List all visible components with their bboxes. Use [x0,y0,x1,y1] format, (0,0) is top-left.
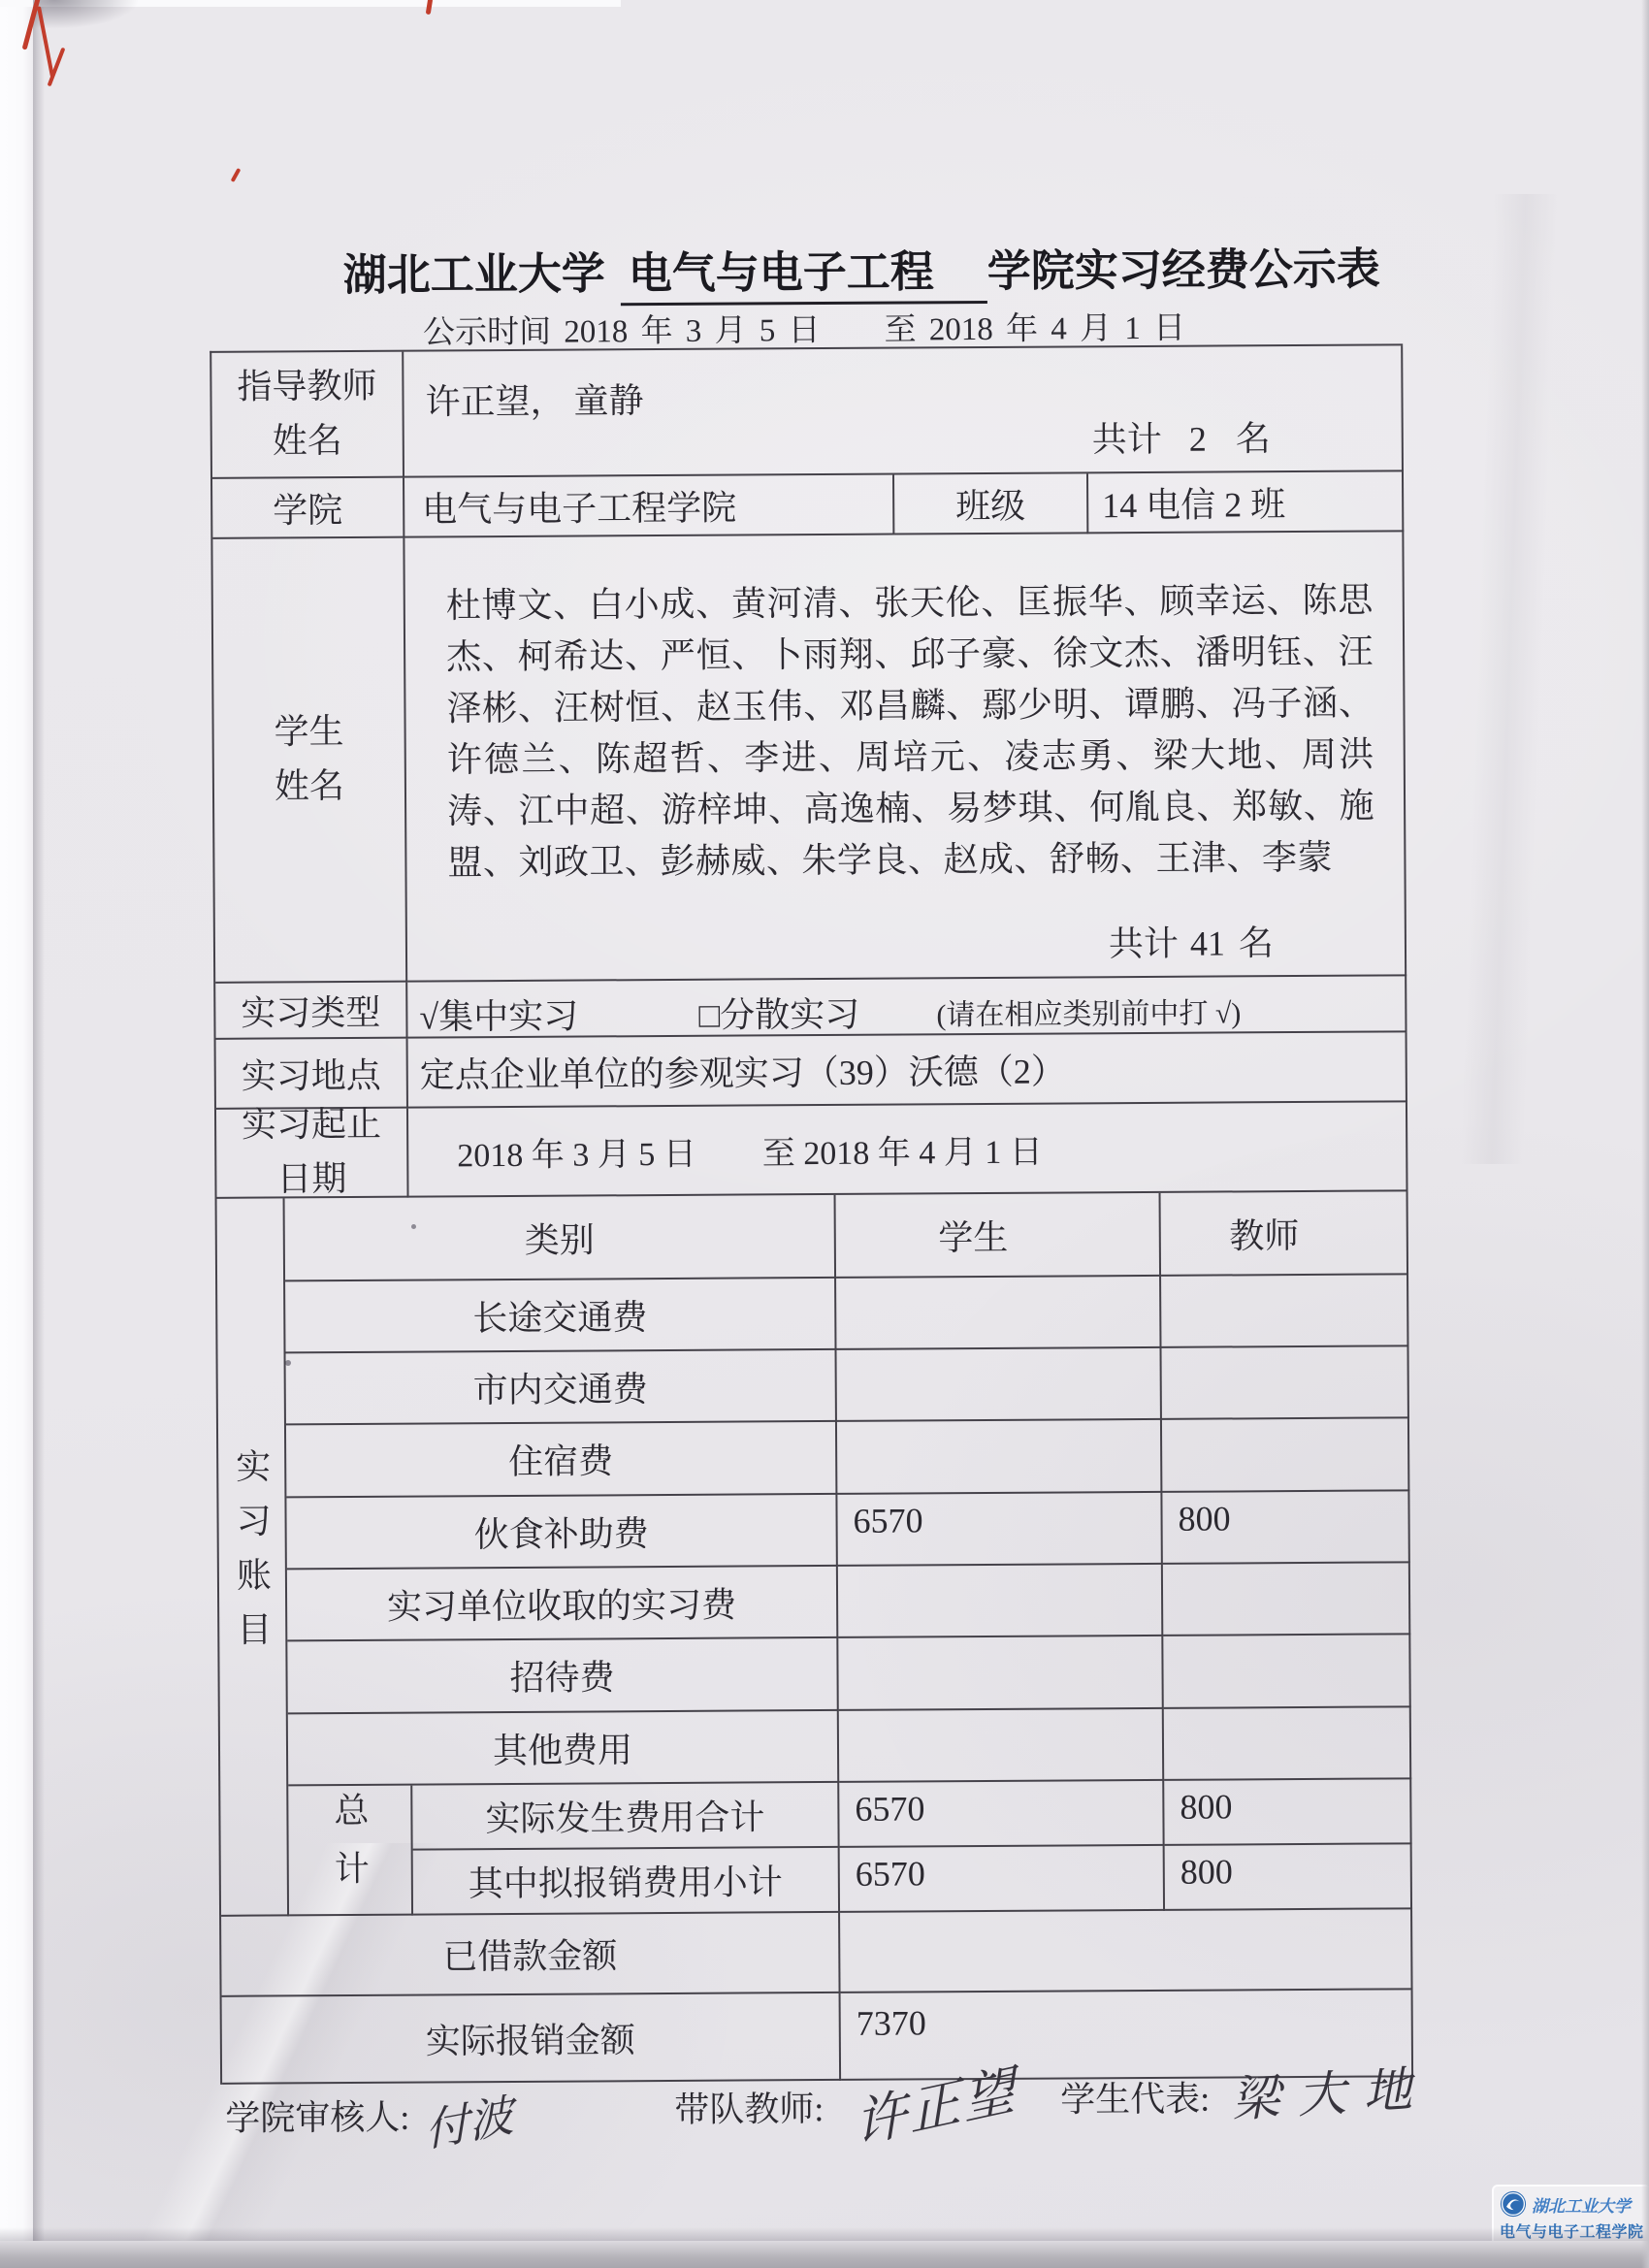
practice-type-label-cell: 实习类型 [215,983,407,1040]
fee-category: 招待费 [287,1638,838,1714]
scan-edge-bottom [0,2241,1649,2268]
college-value: 电气与电子工程学院 [422,480,736,532]
total-row-category: 实际发生费用合计 [412,1783,839,1851]
fee-student-value [838,1636,1163,1711]
fee-student-value [838,1565,1163,1638]
fee-teacher-value [1161,1275,1408,1348]
count-unit: 名 [1236,419,1271,458]
count-value: 41 [1190,923,1225,962]
accounts-header-teacher: 教师 [1161,1191,1409,1277]
student-rep-label: 学生代表: [1060,2072,1210,2122]
checkbox-centralized-checked: √集中实习 [419,989,578,1040]
fee-teacher-value: 800 [1162,1491,1409,1565]
borrowed-value-cell [840,1909,1412,1993]
class-label-cell: 班级 [894,473,1088,535]
fee-student-value: 6570 [837,1493,1162,1567]
students-count-note: 共计41名 [1109,916,1274,966]
count-prefix: 共计 [1109,924,1179,963]
lead-teacher-label: 带队教师: [674,2082,824,2132]
scan-edge-right [1641,0,1649,2268]
watermark-university-name: 湖北工业大学 [1532,2192,1631,2217]
advisor-value-cell: 许正望， 童静 共计2名 [404,345,1404,477]
total-teacher-value: 800 [1164,1779,1411,1846]
students-names: 杜博文、白小成、黄河清、张天伦、匡振华、顾幸运、陈思杰、柯希达、严恒、卜雨翔、邱… [446,575,1375,890]
total-row-category: 其中拟报销费用小计 [413,1848,840,1916]
practice-dates-value: 2018 年 3 月 5 日 至 2018 年 4 月 1 日 [457,1124,1043,1176]
practice-type-value-cell: √集中实习 □分散实习 (请在相应类别前中打 √) [407,976,1406,1038]
form-content: 湖北工业大学电气与电子工程学院实习经费公示表 公示时间 2018 年 3 月 5… [0,0,1649,2268]
count-value: 2 [1189,420,1207,459]
title-college-underlined: 电气与电子工程 [621,246,987,306]
accounts-section-label: 实习账目 [227,1447,277,1665]
practice-dates-label-cell: 实习起止日期 [216,1109,409,1199]
college-label: 学院 [273,483,342,533]
checkbox-dispersed-unchecked: □分散实习 [698,988,859,1038]
watermark-row: 湖北工业大学 [1500,2190,1643,2218]
fee-teacher-value [1163,1563,1410,1636]
total-label: 总计 [325,1792,375,1908]
class-label: 班级 [955,478,1025,528]
fee-category: 市内交通费 [286,1350,837,1425]
practice-type-label: 实习类型 [241,985,380,1035]
title-university: 湖北工业大学 [343,248,605,300]
class-value-cell: 14 电信 2 班 [1088,471,1404,534]
fee-category: 伙食补助费 [286,1495,837,1570]
practice-place-value-cell: 定点企业单位的参观实习（39）沃德（2） [408,1032,1407,1108]
fee-student-value [837,1420,1162,1495]
form-table: 指导教师姓名 许正望， 童静 共计2名 学院 电气与电子工程学院 班级 14 电… [210,343,1413,2084]
fee-category: 住宿费 [286,1422,837,1498]
accounts-section-label-cell: 实习账目 [217,1198,290,1916]
fee-category: 长途交通费 [285,1279,836,1353]
fee-teacher-value [1163,1635,1410,1709]
fee-teacher-value [1164,1707,1411,1781]
practice-dates-value-cell: 2018 年 3 月 5 日 至 2018 年 4 月 1 日 [408,1102,1408,1197]
fee-teacher-value [1161,1346,1408,1420]
advisor-label: 指导教师姓名 [233,360,381,470]
borrowed-label-cell: 已借款金额 [221,1913,840,1997]
total-student-value: 6570 [839,1781,1164,1848]
page-title: 湖北工业大学电气与电子工程学院实习经费公示表 [343,233,1380,303]
college-label-cell: 学院 [212,478,404,539]
fee-student-value [837,1348,1162,1422]
accounts-header-category: 类别 [285,1195,837,1281]
practice-place-value: 定点企业单位的参观实习（39）沃德（2） [420,1044,1066,1097]
reimbursed-label-cell: 实际报销金额 [222,1993,842,2085]
advisor-label-cell: 指导教师姓名 [211,352,404,479]
students-value-cell: 杜博文、白小成、黄河清、张天伦、匡振华、顾幸运、陈思杰、柯希达、严恒、卜雨翔、邱… [404,532,1406,982]
fee-student-value [836,1277,1161,1350]
scanned-form-page: 湖北工业大学电气与电子工程学院实习经费公示表 公示时间 2018 年 3 月 5… [0,0,1649,2268]
checkbox-hint: (请在相应类别前中打 √) [936,988,1241,1033]
total-teacher-value: 800 [1165,1844,1412,1911]
total-label-cell: 总计 [288,1786,413,1917]
title-suffix: 学院实习经费公示表 [987,243,1380,295]
students-label-cell: 学生姓名 [212,538,407,984]
university-logo-icon [1500,2190,1527,2218]
advisor-names: 许正望， 童静 [425,373,643,424]
reviewer-signature: 付波 [423,2080,516,2160]
college-value-cell: 电气与电子工程学院 [404,475,894,538]
practice-dates-label: 实习起止日期 [238,1098,386,1208]
advisor-count-note: 共计2名 [1092,411,1271,462]
scan-edge-shadow-bottom [0,2227,1649,2241]
student-rep-signature: 梁大地 [1229,2050,1431,2131]
fee-student-value [839,1709,1164,1783]
count-prefix: 共计 [1092,420,1162,459]
total-student-value: 6570 [840,1846,1165,1913]
class-value: 14 电信 2 班 [1102,477,1285,528]
students-label: 学生姓名 [271,705,347,814]
reviewer-label: 学院审核人: [225,2090,409,2141]
fee-teacher-value [1162,1418,1409,1493]
fee-category: 其他费用 [288,1711,839,1786]
practice-place-label: 实习地点 [242,1048,381,1098]
count-unit: 名 [1239,923,1274,962]
accounts-header-student: 学生 [836,1193,1162,1279]
fee-category: 实习单位收取的实习费 [287,1567,838,1641]
